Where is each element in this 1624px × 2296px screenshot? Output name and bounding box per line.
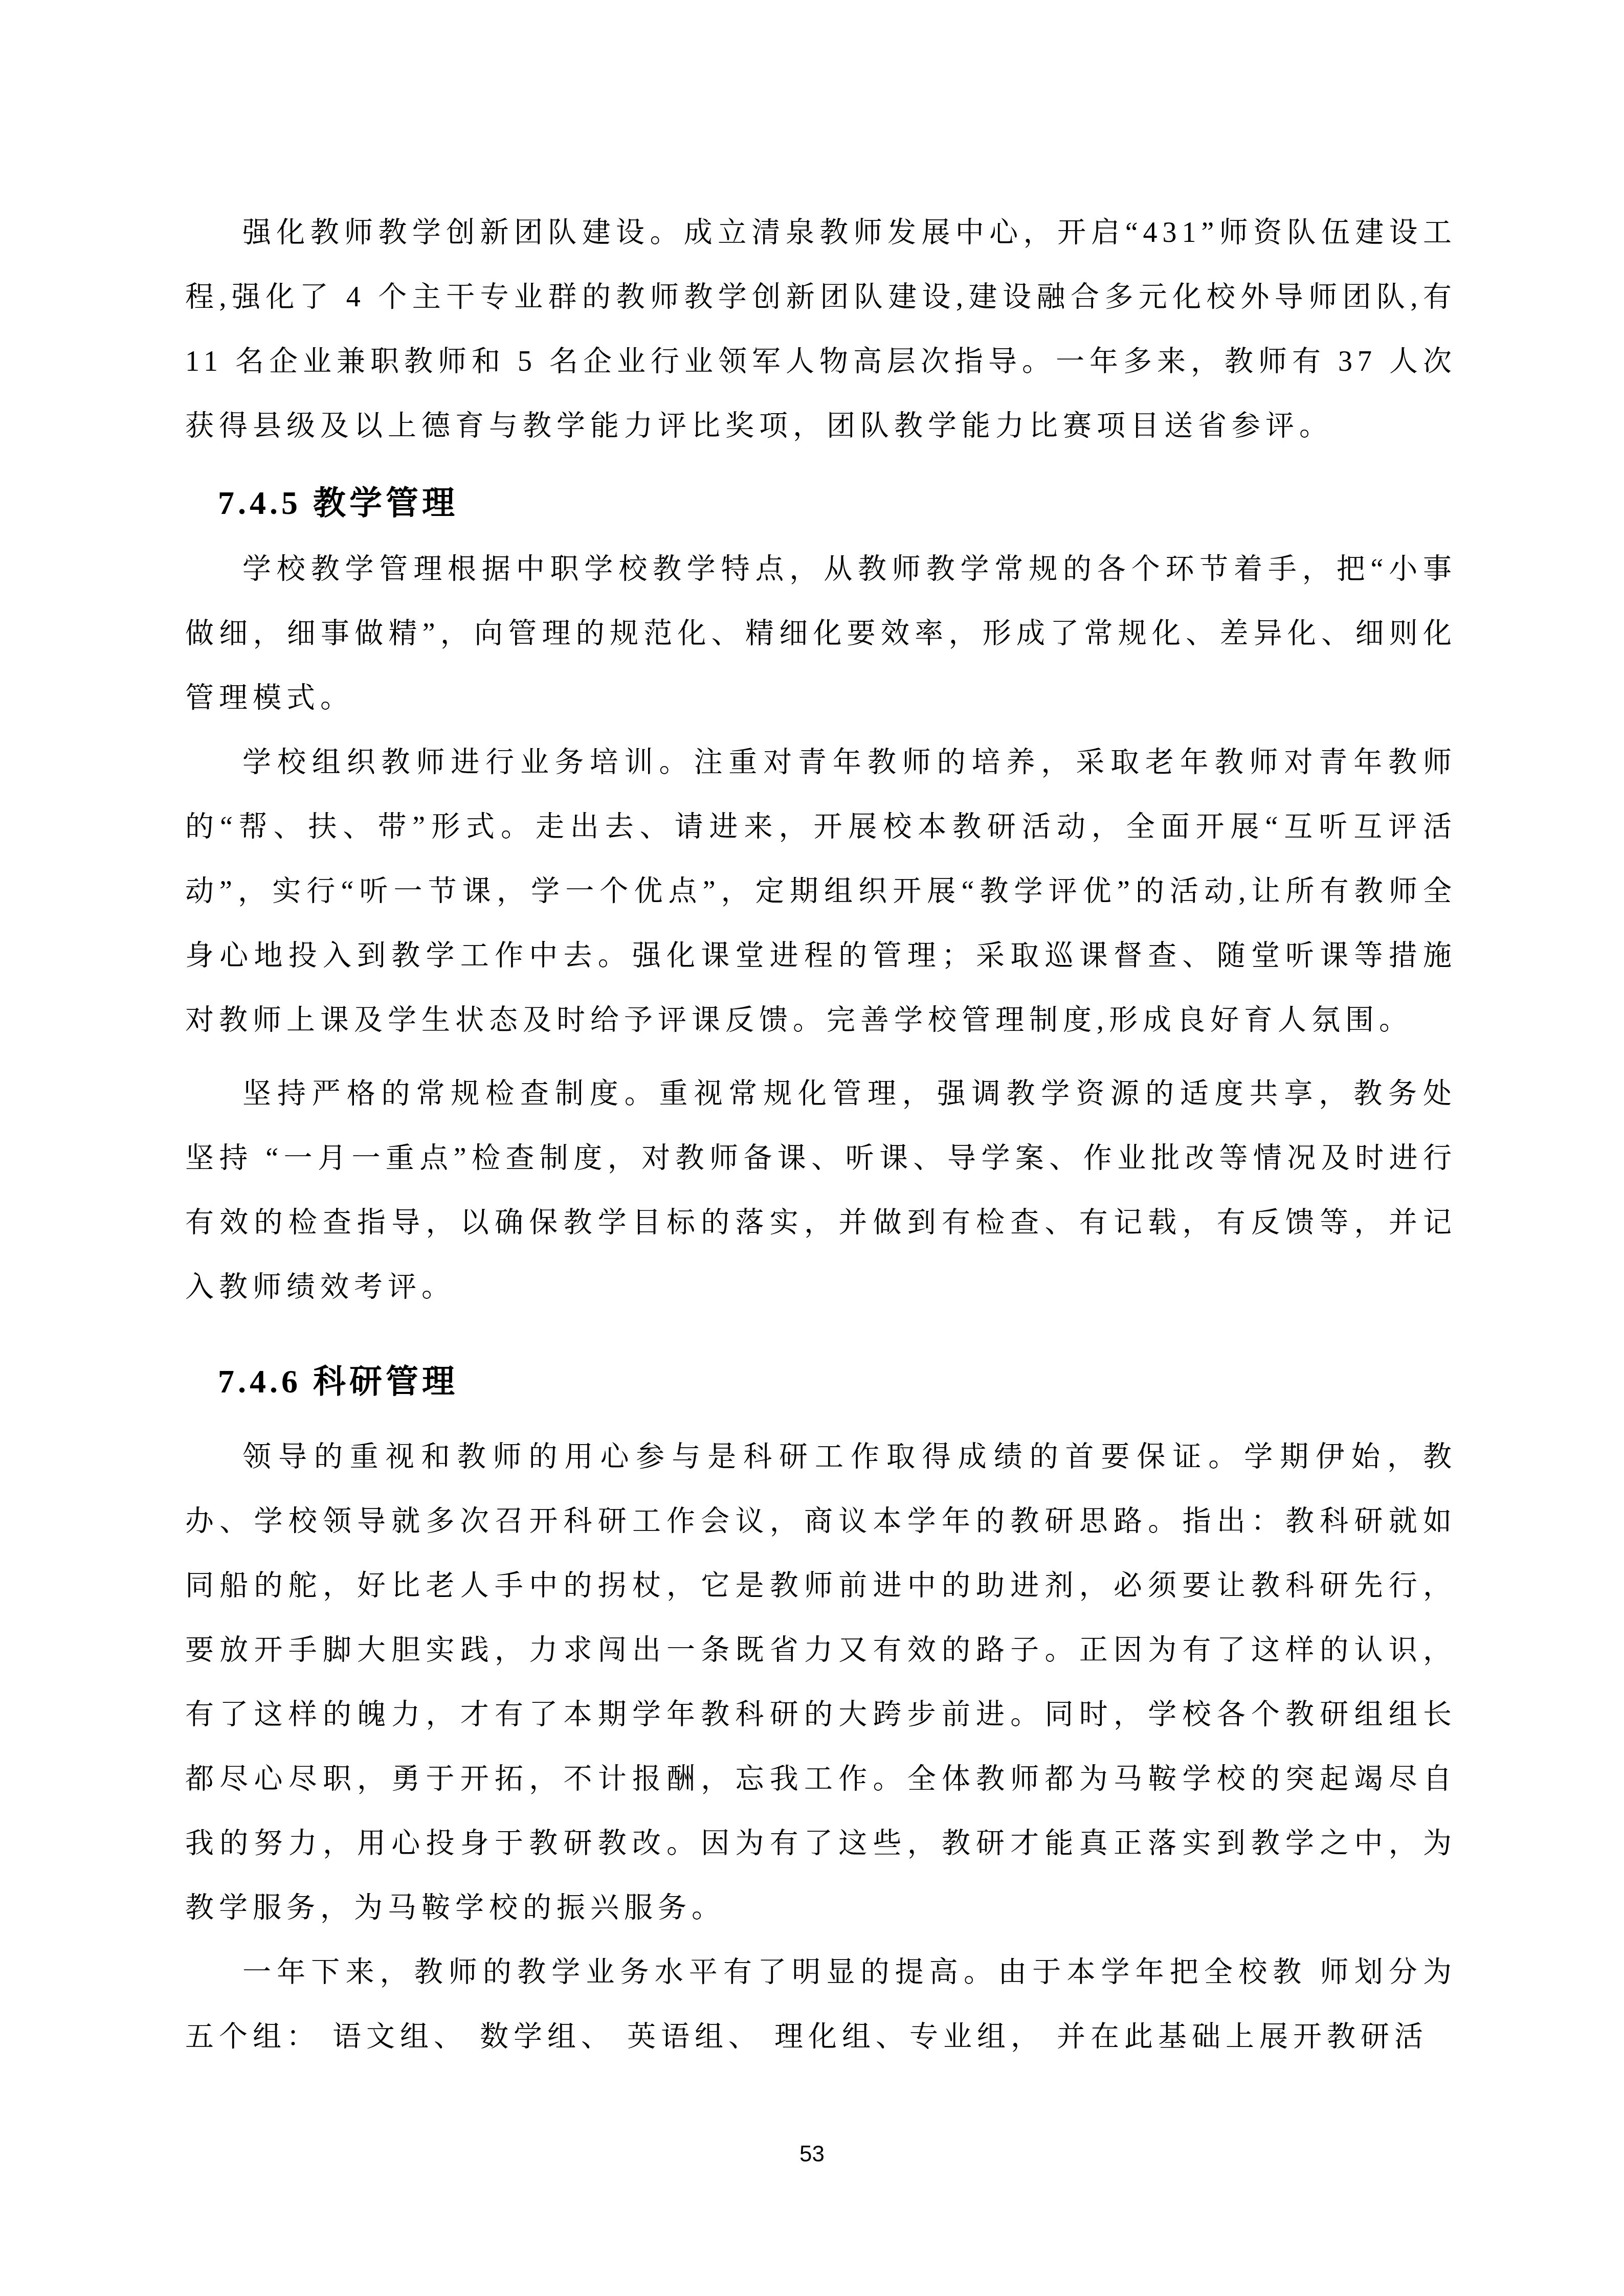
document-page: 强化教师教学创新团队建设。成立清泉教师发展中心，开启“431”师资队伍建设工程,… [0, 0, 1624, 2296]
page-body-text: 强化教师教学创新团队建设。成立清泉教师发展中心，开启“431”师资队伍建设工程,… [185, 200, 1457, 2069]
paragraph-teacher-innovation-team: 强化教师教学创新团队建设。成立清泉教师发展中心，开启“431”师资队伍建设工程,… [185, 200, 1457, 458]
heading-7-4-5-teaching-management: 7.4.5 教学管理 [185, 469, 1457, 537]
page-number: 53 [0, 2142, 1624, 2167]
paragraph-teacher-training: 学校组织教师进行业务培训。注重对青年教师的培养，采取老年教师对青年教师的“帮、扶… [185, 730, 1457, 1052]
paragraph-routine-inspection: 坚持严格的常规检查制度。重视常规化管理，强调教学资源的适度共享，教务处坚持 “一… [185, 1062, 1457, 1319]
paragraph-teacher-groups: 一年下来，教师的教学业务水平有了明显的提高。由于本学年把全校教 师划分为五个组：… [185, 1940, 1457, 2069]
heading-7-4-6-research-management: 7.4.6 科研管理 [185, 1348, 1457, 1415]
paragraph-teaching-management-mode: 学校教学管理根据中职学校教学特点，从教师教学常规的各个环节着手，把“小事做细，细… [185, 537, 1457, 730]
paragraph-research-leadership: 领导的重视和教师的用心参与是科研工作取得成绩的首要保证。学期伊始，教办、学校领导… [185, 1425, 1457, 1940]
